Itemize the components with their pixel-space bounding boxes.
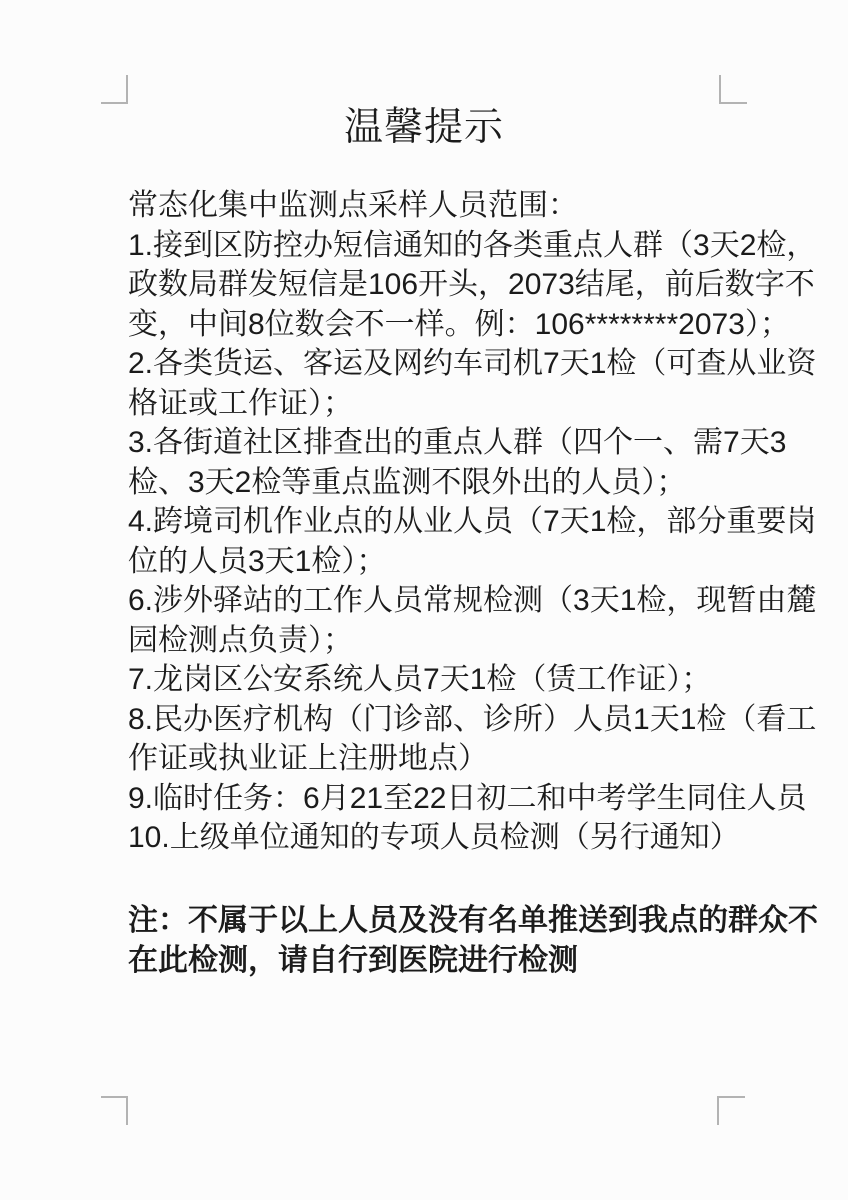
body-line: 2.各类货运、客运及网约车司机7天1检（可查从业资 [128, 344, 816, 384]
body-line: 园检测点负责）； [128, 621, 816, 661]
body-line: 常态化集中监测点采样人员范围： [128, 186, 816, 226]
body-line: 格证或工作证）； [128, 384, 816, 424]
body-line: 检、3天2检等重点监测不限外出的人员）； [128, 463, 816, 503]
body-line: 10.上级单位通知的专项人员检测（另行通知） [128, 818, 816, 858]
document-page: 温馨提示 常态化集中监测点采样人员范围： 1.接到区防控办短信通知的各类重点人群… [0, 0, 848, 1200]
body-line: 4.跨境司机作业点的从业人员（7天1检，部分重要岗 [128, 502, 816, 542]
body-line: 8.民办医疗机构（门诊部、诊所）人员1天1检（看工 [128, 700, 816, 740]
page-title: 温馨提示 [0, 96, 848, 152]
body-line: 7.龙岗区公安系统人员7天1检（赁工作证）； [128, 660, 816, 700]
note-line: 在此检测，请自行到医院进行检测 [128, 941, 818, 981]
note-line: 注：不属于以上人员及没有名单推送到我点的群众不 [128, 901, 818, 941]
body-line: 6.涉外驿站的工作人员常规检测（3天1检，现暂由麓 [128, 581, 816, 621]
body-line: 1.接到区防控办短信通知的各类重点人群（3天2检， [128, 226, 816, 266]
body-line: 作证或执业证上注册地点） [128, 739, 816, 779]
body-line: 变，中间8位数会不一样。例：106********2073）； [128, 305, 816, 345]
body-line: 政数局群发短信是106开头，2073结尾，前后数字不 [128, 265, 816, 305]
crop-mark-bottom-left [101, 1096, 128, 1125]
body-line: 位的人员3天1检）； [128, 542, 816, 582]
crop-mark-bottom-right [717, 1096, 745, 1125]
body-text: 常态化集中监测点采样人员范围： 1.接到区防控办短信通知的各类重点人群（3天2检… [128, 186, 816, 858]
body-line: 9.临时任务：6月21至22日初二和中考学生同住人员 [128, 779, 816, 819]
note-text: 注：不属于以上人员及没有名单推送到我点的群众不 在此检测，请自行到医院进行检测 [128, 901, 818, 980]
body-line: 3.各街道社区排查出的重点人群（四个一、需7天3 [128, 423, 816, 463]
